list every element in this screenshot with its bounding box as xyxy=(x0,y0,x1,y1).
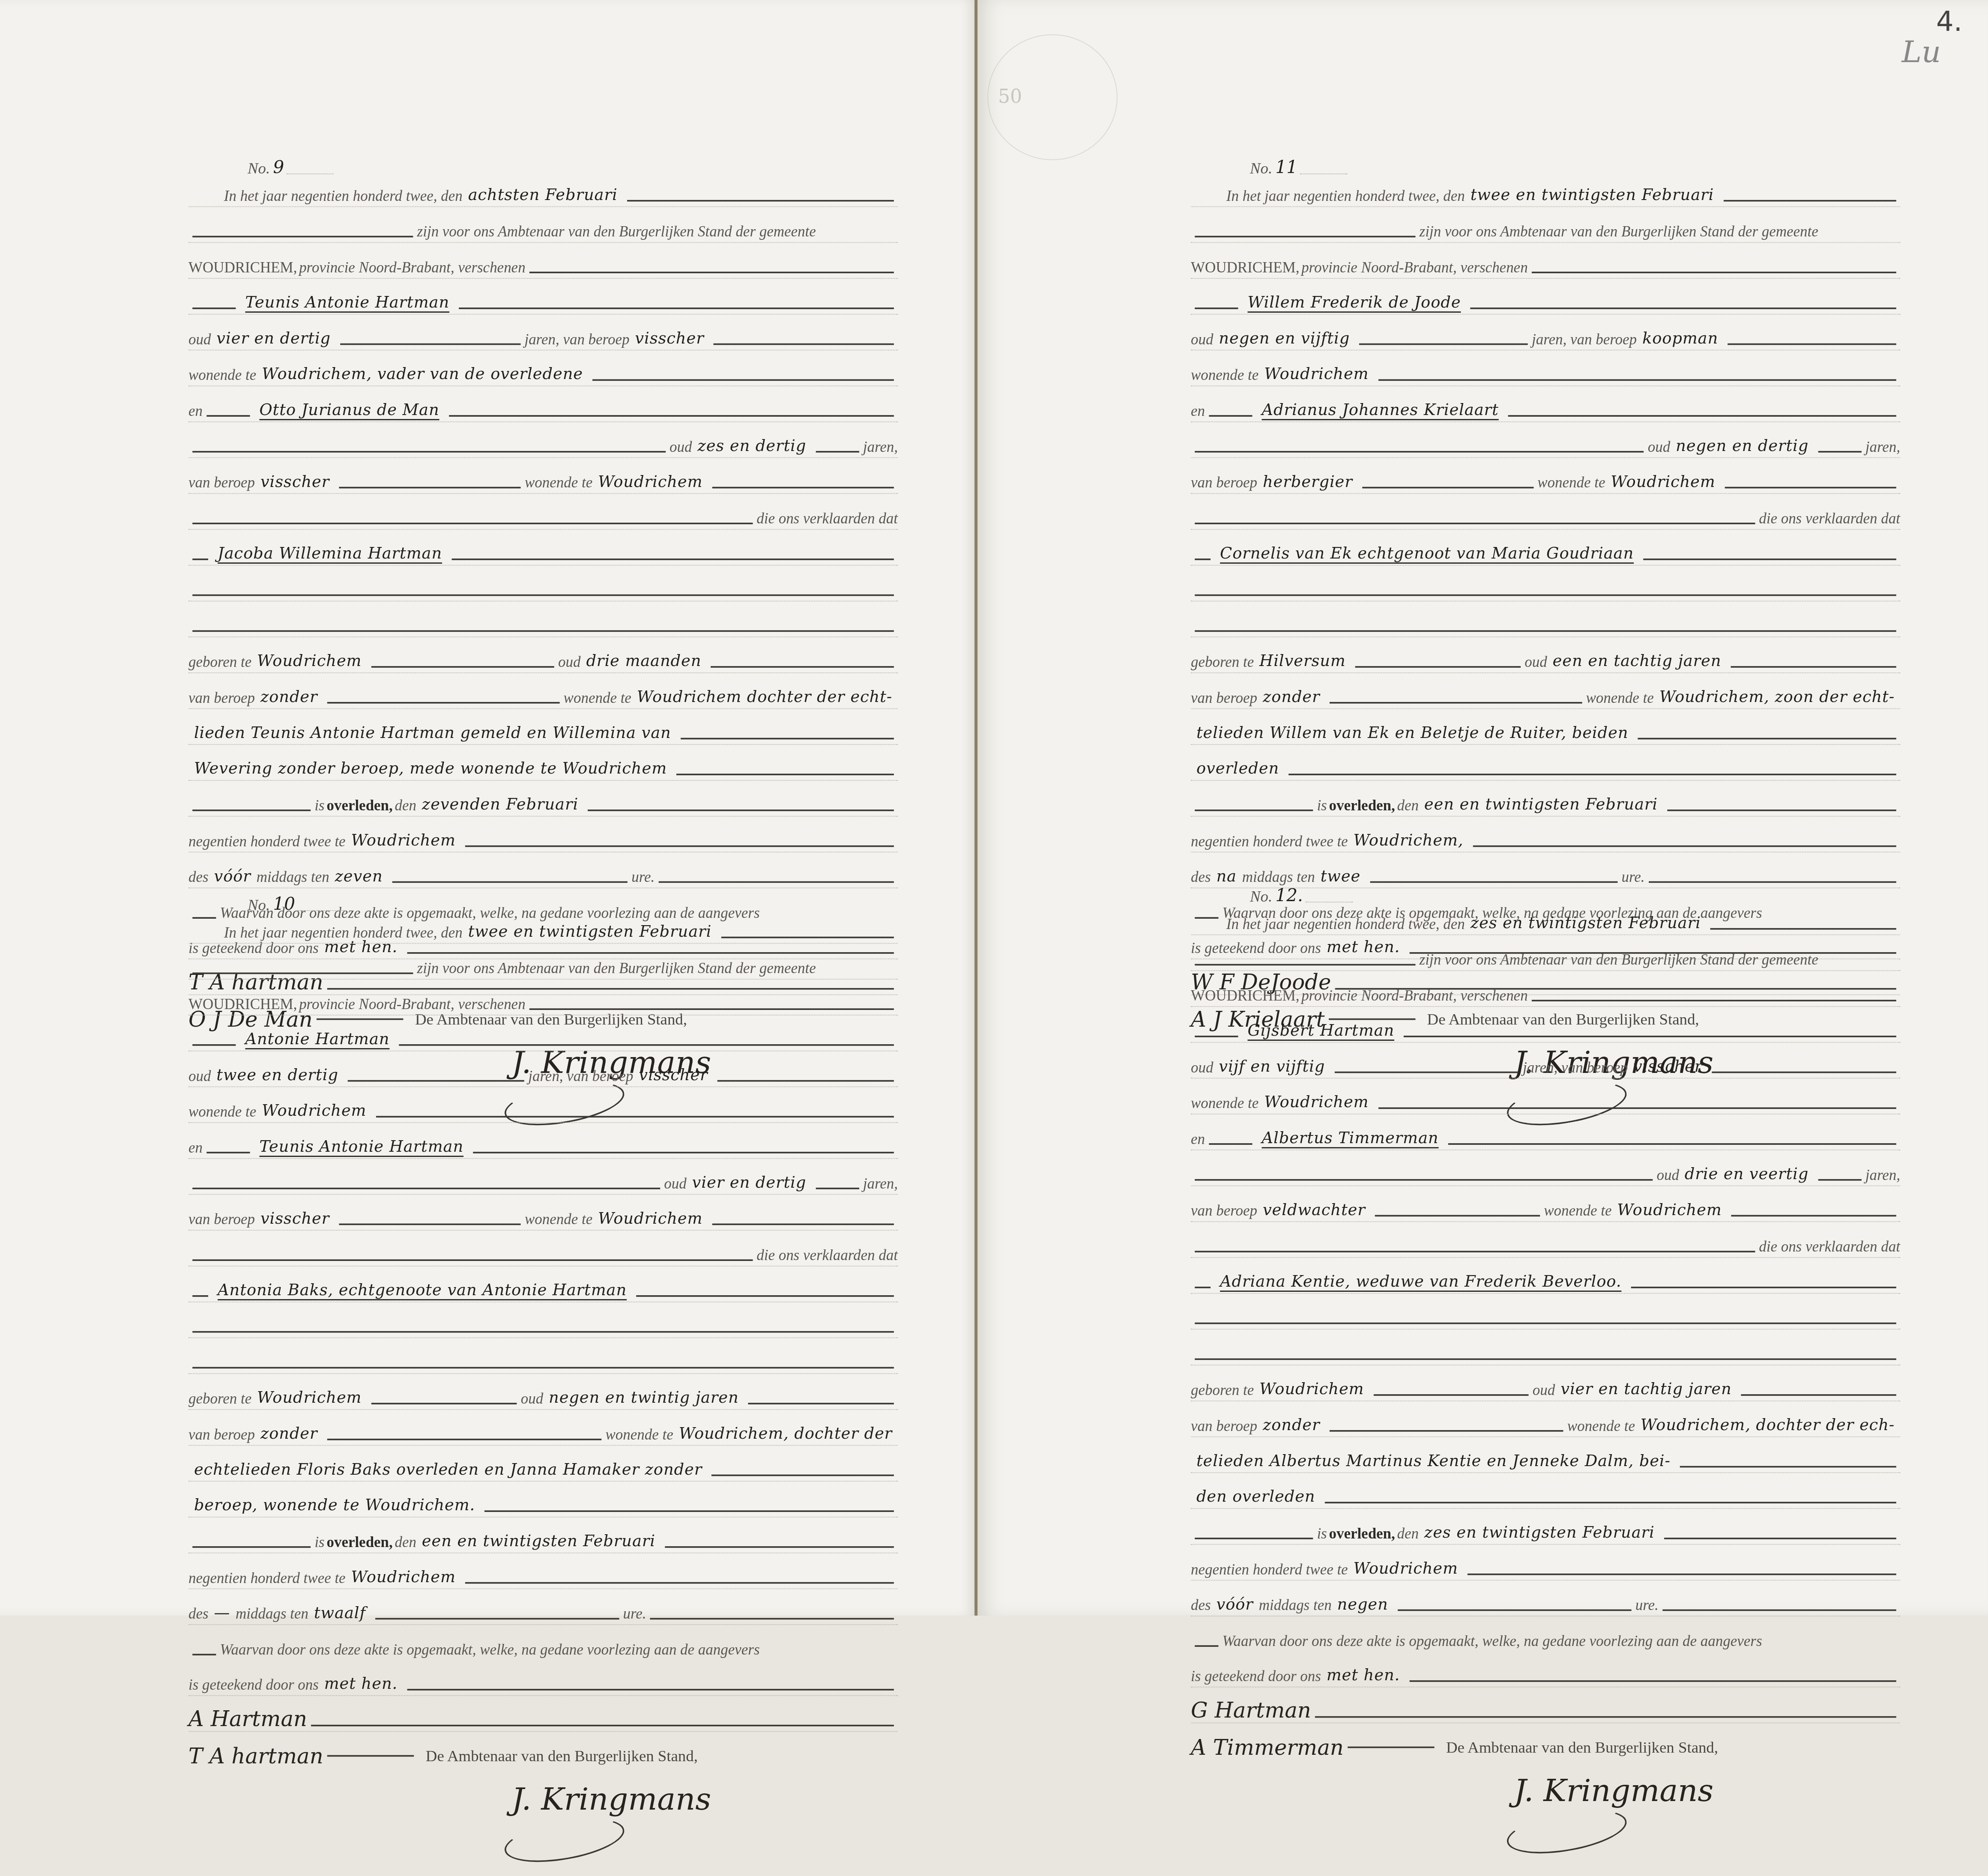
deceased-birthplace: Woudrichem xyxy=(251,652,367,672)
deceased-parents: telieden Albertus Martinus Kentie en Jen… xyxy=(1191,1452,1676,1473)
death-place: Woudrichem xyxy=(346,1568,461,1589)
declarant1-name: Teunis Antonie Hartman xyxy=(240,293,455,314)
declarant1-age: vijf en vijftig xyxy=(1213,1057,1330,1078)
declarant1-age: negen en vijftig xyxy=(1213,329,1355,350)
deceased-age: negen en twintig jaren xyxy=(543,1389,744,1409)
declarant1-age: vier en dertig xyxy=(211,329,336,350)
declarant2-name: Adrianus Johannes Krielaart xyxy=(1256,401,1504,421)
page-number: 4. xyxy=(1936,6,1962,38)
declarant1-residence: Woudrichem xyxy=(256,1102,372,1122)
declarant1-residence: Woudrichem xyxy=(1259,1093,1374,1114)
declarant1-occupation: visscher xyxy=(633,1066,713,1087)
deceased-birthplace: Hilversum xyxy=(1254,652,1351,672)
deceased-occupation: zonder xyxy=(1257,688,1325,708)
death-record-10: No. 10 In het jaar negentien honderd twe… xyxy=(188,887,898,1616)
death-record-12: No. 12. In het jaar negentien honderd tw… xyxy=(1191,878,1900,1616)
declarant2-age: vier en dertig xyxy=(687,1174,812,1194)
deceased-residence: Woudrichem, dochter der xyxy=(673,1425,898,1445)
declarant2-residence: Woudrichem xyxy=(1611,1201,1727,1221)
declarant1-residence: Woudrichem, vader van de overledene xyxy=(256,365,589,385)
pencil-annotation: Lu xyxy=(1901,34,1941,69)
declarant1-occupation: visscher xyxy=(1628,1057,1708,1078)
deceased-occupation: zonder xyxy=(255,688,323,708)
declarant1-name: Gijsbert Hartman xyxy=(1242,1022,1400,1042)
declarant1-name: Willem Frederik de Joode xyxy=(1242,293,1467,314)
number-label: No. xyxy=(248,896,270,914)
death-place: Woudrichem xyxy=(1348,1559,1464,1580)
deceased-parents: lieden Teunis Antonie Hartman gemeld en … xyxy=(188,724,677,744)
deceased-name: Adriana Kentie, weduwe van Frederik Beve… xyxy=(1214,1273,1627,1293)
deceased-parents: telieden Willem van Ek en Beletje de Rui… xyxy=(1191,724,1634,744)
municipality: WOUDRICHEM, xyxy=(1191,987,1299,1006)
deceased-name: Antonia Baks, echtgenoote van Antonie Ha… xyxy=(212,1281,632,1302)
deceased-residence: Woudrichem, dochter der ech- xyxy=(1635,1416,1900,1437)
number-label: No. xyxy=(248,159,270,177)
record-number: 10 xyxy=(273,894,296,914)
declarant2-name: Albertus Timmerman xyxy=(1256,1129,1444,1150)
record-number-line: No. 12. xyxy=(1191,878,1900,905)
deceased-residence: Woudrichem, zoon der echt- xyxy=(1654,688,1900,708)
declarant2-residence: Woudrichem xyxy=(1605,472,1721,493)
municipality: WOUDRICHEM, xyxy=(188,259,297,278)
municipality: WOUDRICHEM, xyxy=(1191,259,1299,278)
deceased-age: vier en tachtig jaren xyxy=(1555,1380,1737,1401)
record-date: twee en twintigsten Februari xyxy=(463,923,717,943)
death-hour: twaalf xyxy=(308,1604,371,1616)
deceased-age: een en tachtig jaren xyxy=(1547,652,1727,672)
declarant1-name: Antonie Hartman xyxy=(240,1030,395,1051)
record-number-line: No. 10 xyxy=(188,887,898,914)
declarant1-age: twee en dertig xyxy=(211,1066,344,1087)
death-hour: negen xyxy=(1332,1595,1394,1616)
declarant2-occupation: herbergier xyxy=(1257,472,1358,493)
declarant2-occupation: visscher xyxy=(255,472,335,493)
time-prefix: — xyxy=(209,1604,236,1616)
declarant1-occupation: visscher xyxy=(629,329,709,350)
deceased-birthplace: Woudrichem xyxy=(251,1389,367,1409)
deceased-parents-cont: beroep, wonende te Woudrichem. xyxy=(188,1496,481,1517)
death-date: zevenden Februari xyxy=(416,795,584,816)
death-date: een en twintigsten Februari xyxy=(1419,795,1663,816)
time-prefix: vóór xyxy=(209,867,257,887)
book-gutter xyxy=(975,0,978,1616)
deceased-residence: Woudrichem dochter der echt- xyxy=(631,688,898,708)
time-prefix: vóór xyxy=(1211,1595,1259,1616)
date-line: In het jaar negentien honderd twee, den … xyxy=(1191,905,1900,935)
date-line: In het jaar negentien honderd twee, den … xyxy=(1191,177,1900,207)
declarant2-age: zes en dertig xyxy=(692,437,812,457)
death-date: zes en twintigsten Februari xyxy=(1419,1524,1660,1544)
declarant2-occupation: visscher xyxy=(255,1209,335,1230)
deceased-birthplace: Woudrichem xyxy=(1254,1380,1369,1401)
record-number-line: No. 9 xyxy=(188,150,898,177)
record-number-line: No. 11 xyxy=(1191,150,1900,177)
number-label: No. xyxy=(1250,887,1272,905)
deceased-parents: echtelieden Floris Baks overleden en Jan… xyxy=(188,1461,708,1481)
record-number: 12. xyxy=(1276,885,1303,905)
death-date: een en twintigsten Februari xyxy=(416,1532,661,1553)
declarant2-age: drie en veertig xyxy=(1679,1165,1814,1186)
deceased-occupation: zonder xyxy=(1257,1416,1325,1437)
deceased-parents-cont: Wevering zonder beroep, mede wonende te … xyxy=(188,759,673,780)
record-number: 9 xyxy=(273,157,284,177)
declarant1-occupation: koopman xyxy=(1637,329,1724,350)
record-date: twee en twintigsten Februari xyxy=(1465,186,1719,206)
declarant2-residence: Woudrichem xyxy=(592,472,708,493)
deceased-parents-cont: overleden xyxy=(1191,759,1285,780)
deceased-occupation: zonder xyxy=(255,1425,323,1445)
record-date: zes en twintigsten Februari xyxy=(1465,914,1707,935)
deceased-parents-cont: den overleden xyxy=(1191,1488,1321,1508)
number-label: No. xyxy=(1250,159,1272,177)
declarant2-name: Otto Jurianus de Man xyxy=(254,401,445,421)
date-line: In het jaar negentien honderd twee, den … xyxy=(188,177,898,207)
municipality: WOUDRICHEM, xyxy=(188,996,297,1015)
declarant1-residence: Woudrichem xyxy=(1259,365,1374,385)
death-place: Woudrichem, xyxy=(1348,831,1469,852)
declarant2-occupation: veldwachter xyxy=(1257,1201,1371,1221)
record-date: achtsten Februari xyxy=(463,186,623,206)
deceased-name: Jacoba Willemina Hartman xyxy=(212,544,448,565)
date-line: In het jaar negentien honderd twee, den … xyxy=(188,914,898,944)
declarant2-age: negen en dertig xyxy=(1670,437,1814,457)
death-place: Woudrichem xyxy=(346,831,461,852)
death-hour: zeven xyxy=(329,867,389,887)
stamp-emboss-value: 50 xyxy=(998,86,1022,108)
declarant2-name: Teunis Antonie Hartman xyxy=(254,1138,469,1158)
deceased-name: Cornelis van Ek echtgenoot van Maria Gou… xyxy=(1214,544,1639,565)
record-number: 11 xyxy=(1276,157,1298,177)
declarant2-residence: Woudrichem xyxy=(592,1209,708,1230)
deceased-age: drie maanden xyxy=(581,652,707,672)
